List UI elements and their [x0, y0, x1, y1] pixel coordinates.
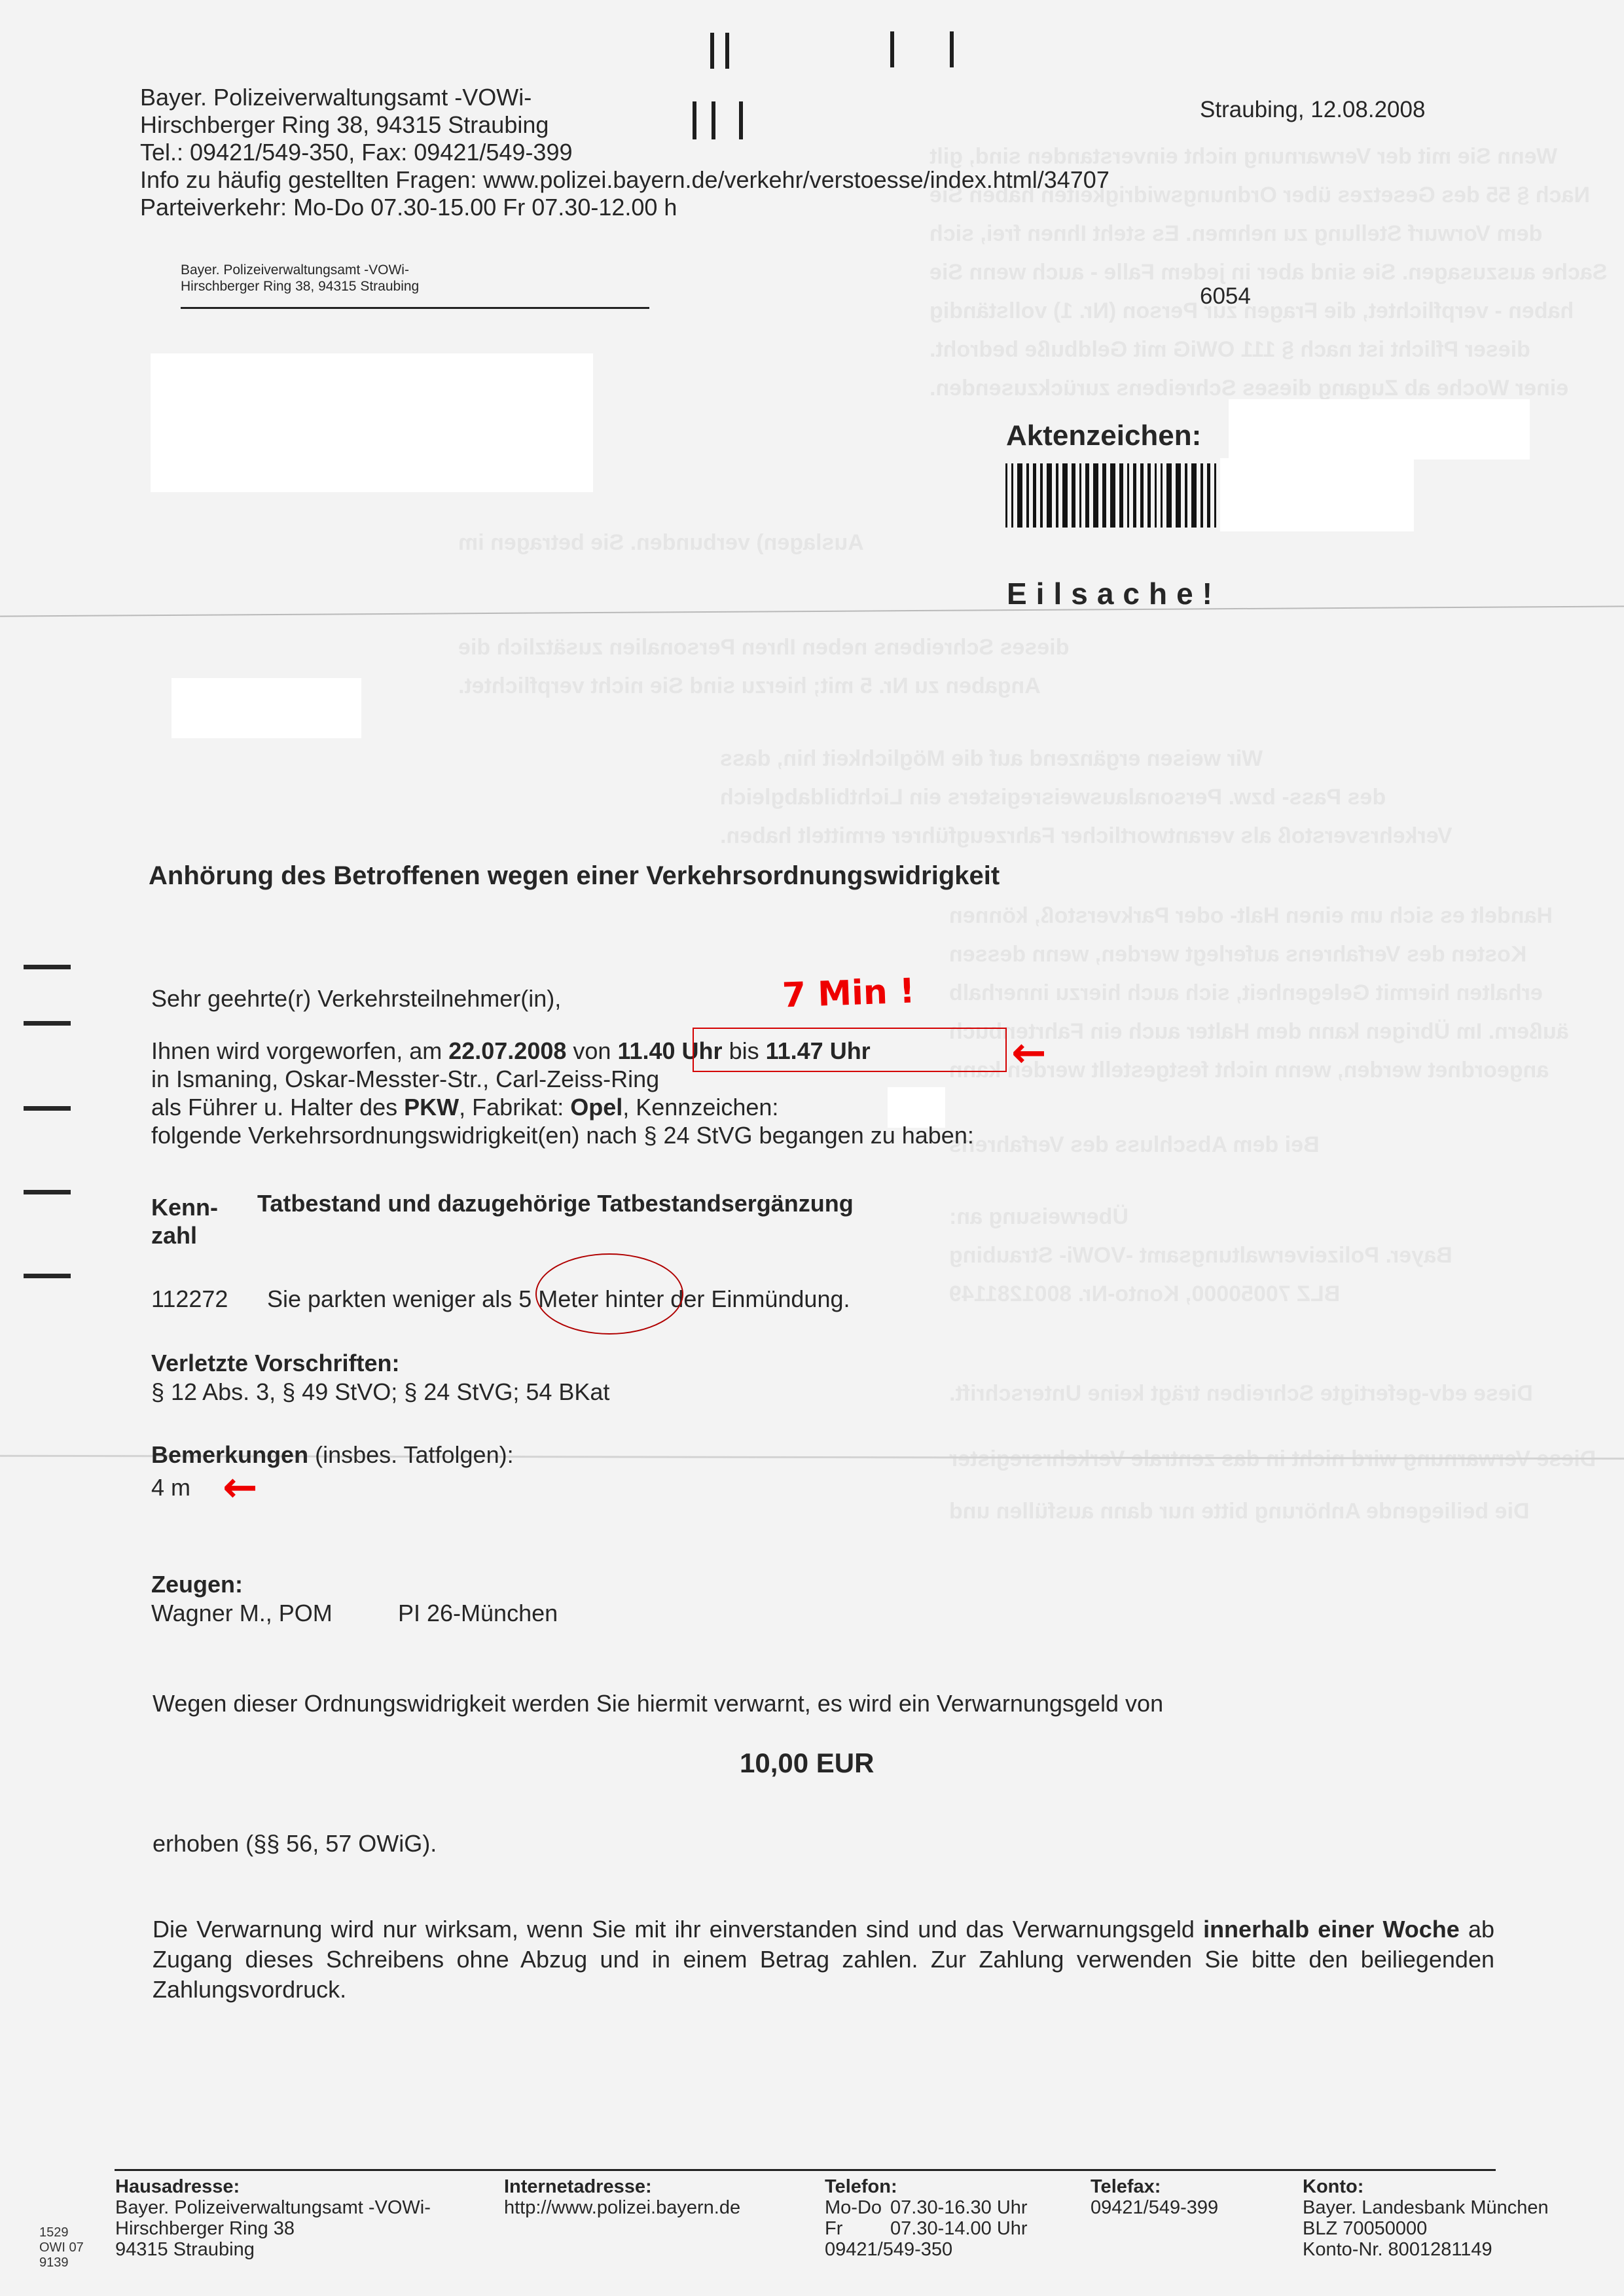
payment-deadline: innerhalb einer Woche — [1203, 1916, 1460, 1943]
table-header-code: Kenn- zahl — [151, 1194, 218, 1249]
footer-website-link[interactable]: http://www.polizei.bayern.de — [504, 2197, 740, 2218]
remarks-heading: Bemerkungen (insbes. Tatfolgen): — [151, 1441, 514, 1468]
sender-name: Bayer. Polizeiverwaltungsamt -VOWi- — [140, 84, 1110, 111]
margin-mark — [24, 1274, 71, 1278]
footer-hausadresse: Hausadresse: Bayer. Polizeiverwaltungsam… — [115, 2176, 431, 2260]
vehicle-line: als Führer u. Halter des PKW, Fabrikat: … — [151, 1094, 778, 1121]
table-header-description: Tatbestand und dazugehörige Tatbestandse… — [257, 1190, 854, 1217]
handwritten-arrow-time: ← — [1011, 1029, 1047, 1077]
form-code: 1529 OWI 07 9139 — [39, 2225, 84, 2270]
letter-title: Anhörung des Betroffenen wegen einer Ver… — [149, 861, 1000, 891]
offense-intro: folgende Verkehrsordnungswidrigkeit(en) … — [151, 1122, 974, 1149]
window-return-line-2: Hirschberger Ring 38, 94315 Straubing — [181, 278, 419, 295]
offense-date: 22.07.2008 — [448, 1037, 566, 1064]
fold-line-upper — [0, 605, 1624, 617]
place-date: Straubing, 12.08.2008 — [1200, 96, 1425, 123]
margin-mark — [24, 1021, 71, 1026]
violated-rules-label: Verletzte Vorschriften: — [151, 1350, 399, 1376]
witness-unit: PI 26-München — [398, 1600, 558, 1626]
handwritten-minutes-note: 7 Min ! — [782, 971, 916, 1015]
witness-name: Wagner M., POM — [151, 1600, 333, 1626]
sender-faq: Info zu häufig gestellten Fragen: www.po… — [140, 166, 1110, 194]
redacted-barcode-part — [1220, 458, 1414, 531]
offense-code: 112272 — [151, 1285, 228, 1312]
margin-mark — [24, 1106, 71, 1111]
window-return-address: Bayer. Polizeiverwaltungsamt -VOWi- Hirs… — [181, 262, 419, 295]
legal-basis: erhoben (§§ 56, 57 OWiG). — [153, 1830, 437, 1857]
time-range-highlight-box — [693, 1028, 1007, 1072]
payment-instructions: Die Verwarnung wird nur wirksam, wenn Si… — [153, 1914, 1494, 2005]
footer-telefax: Telefax: 09421/549-399 — [1091, 2176, 1218, 2218]
handwritten-circle-5-meter — [535, 1253, 683, 1335]
fine-amount: 10,00 EUR — [740, 1748, 874, 1779]
window-rule — [181, 307, 649, 309]
sender-hours: Parteiverkehr: Mo-Do 07.30-15.00 Fr 07.3… — [140, 194, 1110, 221]
warning-text: Wegen dieser Ordnungswidrigkeit werden S… — [153, 1690, 1163, 1717]
sender-address: Hirschberger Ring 38, 94315 Straubing — [140, 111, 1110, 139]
window-return-line-1: Bayer. Polizeiverwaltungsamt -VOWi- — [181, 262, 419, 278]
margin-mark — [24, 1190, 71, 1194]
footer-internet: Internetadresse: http://www.polizei.baye… — [504, 2176, 740, 2218]
violated-rules: § 12 Abs. 3, § 49 StVO; § 24 StVG; 54 BK… — [151, 1378, 609, 1405]
redacted-aktenzeichen — [1229, 399, 1530, 459]
sender-contact: Tel.: 09421/549-350, Fax: 09421/549-399 — [140, 139, 1110, 166]
redacted-recipient-reference — [171, 678, 361, 738]
margin-mark — [24, 965, 71, 969]
remarks-value: 4 m — [151, 1474, 190, 1501]
sender-block: Bayer. Polizeiverwaltungsamt -VOWi- Hirs… — [140, 84, 1110, 221]
witnesses-label: Zeugen: — [151, 1571, 243, 1598]
aktenzeichen-label: Aktenzeichen: — [1006, 420, 1201, 452]
redacted-recipient-address — [151, 353, 593, 492]
vehicle-make: Opel — [570, 1094, 623, 1121]
salutation: Sehr geehrte(r) Verkehrsteilnehmer(in), — [151, 985, 561, 1012]
handwritten-arrow-remarks: ← — [223, 1463, 258, 1512]
footer-rule — [115, 2169, 1496, 2171]
urgent-label: Eilsache! — [1007, 576, 1221, 611]
location-line: in Ismaning, Oskar-Messter-Str., Carl-Ze… — [151, 1066, 659, 1092]
vehicle-type: PKW — [404, 1094, 459, 1121]
reference-number: 6054 — [1200, 283, 1251, 310]
footer-konto: Konto: Bayer. Landesbank München BLZ 700… — [1303, 2176, 1549, 2260]
footer-telefon: Telefon: Mo-Do07.30-16.30 Uhr Fr07.30-14… — [825, 2176, 1028, 2260]
